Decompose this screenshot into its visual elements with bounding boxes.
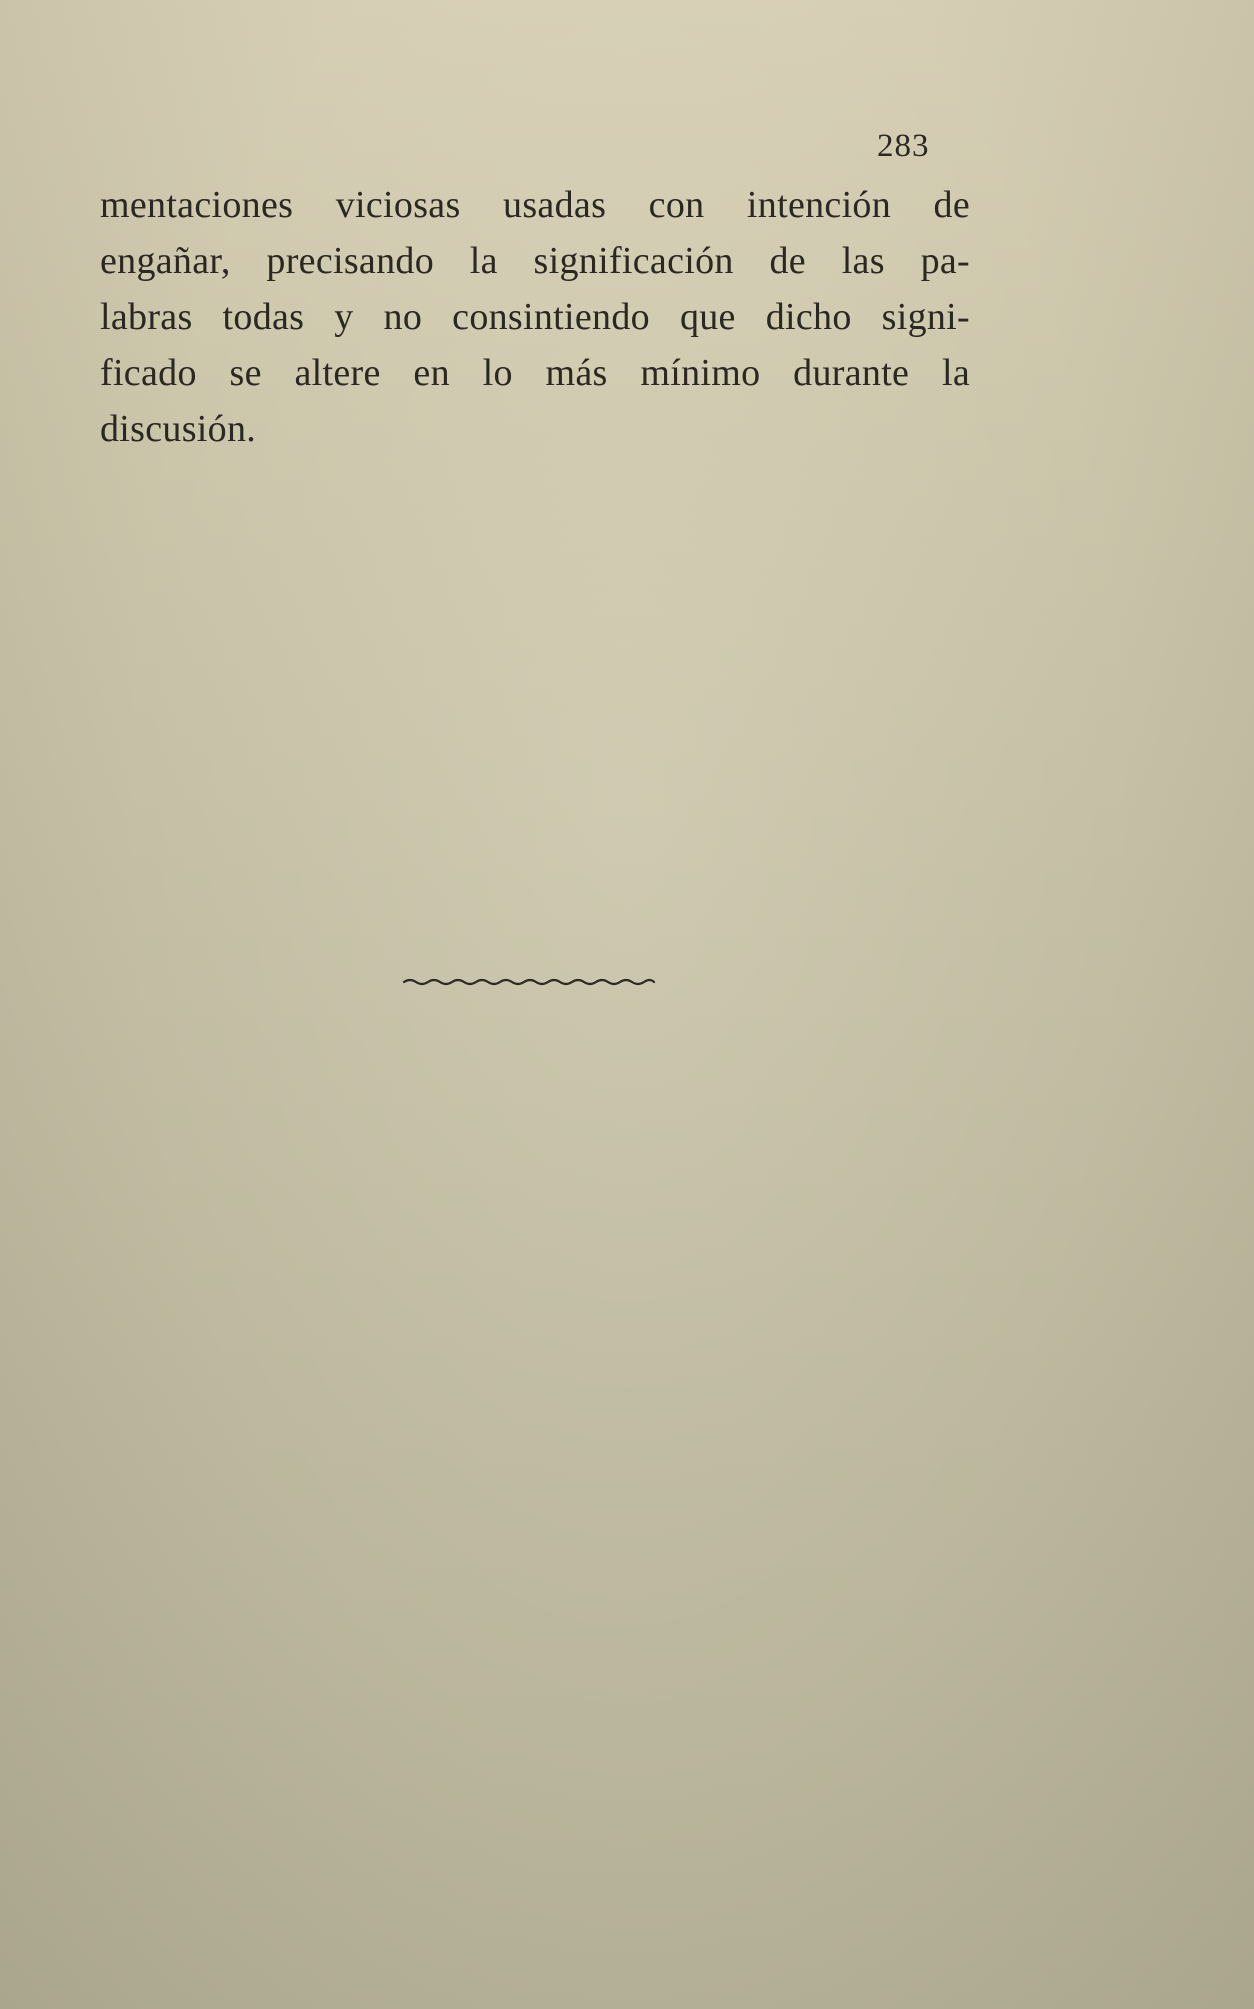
show-through-text xyxy=(130,415,1010,1695)
body-paragraph: mentaciones viciosas usadas con intenció… xyxy=(100,177,970,457)
wavy-rule-ornament xyxy=(402,974,656,990)
text-line: discusión. xyxy=(100,401,970,457)
page-number: 283 xyxy=(877,128,930,165)
text-line: ficado se altere en lo más mínimo durant… xyxy=(100,345,970,401)
text-line: labras todas y no consintiendo que dicho… xyxy=(100,289,970,345)
text-line: mentaciones viciosas usadas con intenció… xyxy=(100,177,970,233)
text-line: engañar, precisando la significación de … xyxy=(100,233,970,289)
